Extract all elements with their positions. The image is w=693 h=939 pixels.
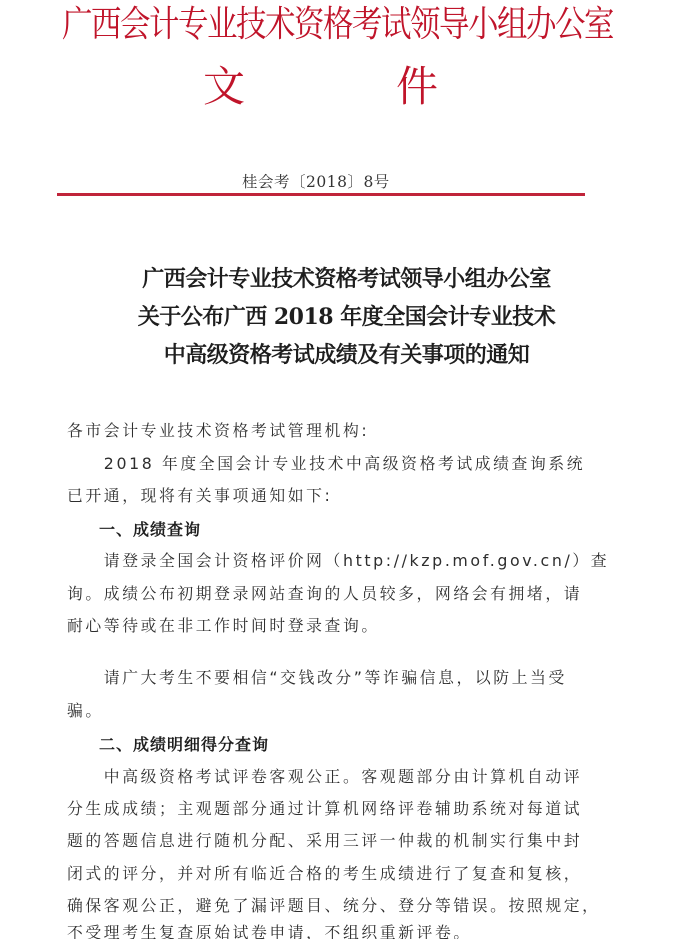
- issuing-organization-header: 广西会计专业技术资格考试领导小组办公室: [62, 2, 592, 49]
- section-1-para-1-line-2: 询。成绩公布初期登录网站查询的人员较多，网络会有拥堵，请: [67, 582, 582, 606]
- section-2-para-1-line-5: 确保客观公正，避免了漏评题目、统分、登分等错误。按照规定，: [67, 894, 601, 918]
- section-1-para-1-line-1: 请登录全国会计资格评价网（http://kzp.mof.gov.cn/）查: [67, 549, 609, 573]
- document-type-char-1: 文: [203, 62, 245, 112]
- section-1-para-1-line-3: 耐心等待或在非工作时间时登录查询。: [67, 614, 380, 638]
- notice-title-line-2: 关于公布广西 2018 年度全国会计专业技术: [0, 300, 693, 331]
- document-number: 桂会考〔2018〕8号: [242, 170, 390, 192]
- section-1-heading: 一、成绩查询: [99, 517, 201, 540]
- red-divider-line: [57, 193, 585, 196]
- section-2-para-1-line-2: 分生成成绩；主观题部分通过计算机网络评卷辅助系统对每道试: [67, 797, 582, 821]
- salutation: 各市会计专业技术资格考试管理机构:: [67, 419, 369, 443]
- document-type-char-2: 件: [396, 62, 438, 112]
- intro-line-2: 已开通，现将有关事项通知如下:: [67, 484, 332, 508]
- notice-title-line-1: 广西会计专业技术资格考试领导小组办公室: [0, 262, 693, 293]
- section-1-para-2-line-2: 骗。: [67, 699, 104, 723]
- section-2-para-1-line-4: 闭式的评分，并对所有临近合格的考生成绩进行了复查和复核，: [67, 862, 582, 886]
- section-2-para-1-line-1: 中高级资格考试评卷客观公正。客观题部分由计算机自动评: [67, 765, 582, 789]
- section-1-para-2-line-1: 请广大考生不要相信“交钱改分”等诈骗信息，以防上当受: [67, 666, 567, 690]
- section-2-para-1-line-3: 题的答题信息进行随机分配、采用三评一仲裁的机制实行集中封: [67, 829, 582, 853]
- section-2-heading: 二、成绩明细得分查询: [99, 732, 269, 755]
- notice-title-line-3: 中高级资格考试成绩及有关事项的通知: [0, 338, 693, 369]
- section-2-para-1-line-6: 不受理考生复查原始试卷申请，不组织重新评卷。: [67, 921, 472, 939]
- intro-line-1: 2018 年度全国会计专业技术中高级资格考试成绩查询系统: [67, 452, 585, 476]
